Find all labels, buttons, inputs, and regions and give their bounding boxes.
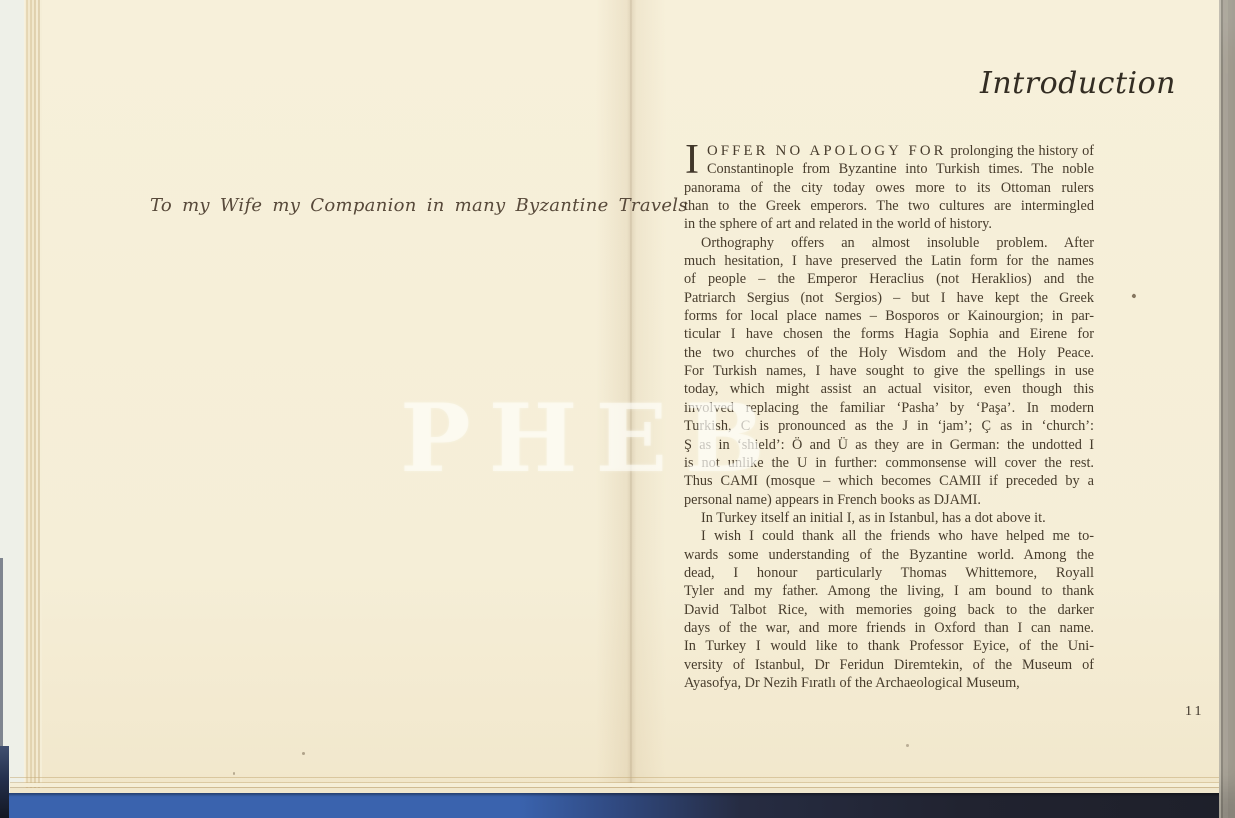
first-line-rest: prolonging the history of bbox=[951, 143, 1095, 159]
page-edge-right bbox=[1219, 0, 1235, 818]
body-text-column: I OFFER NO APOLOGY FOR prolonging the hi… bbox=[684, 142, 1094, 692]
text-line: forms for local place names – Bosporos o… bbox=[684, 307, 1094, 325]
text-line: days of the war, and more friends in Oxf… bbox=[684, 619, 1094, 637]
text-line: David Talbot Rice, with memories going b… bbox=[684, 601, 1094, 619]
text-line: Tyler and my father. Among the living, I… bbox=[684, 582, 1094, 600]
paper-speck bbox=[1131, 293, 1137, 299]
text-line: versity of Istanbul, Dr Feridun Diremtek… bbox=[684, 656, 1094, 674]
text-line: Turkish, C is pronounced as the J in ‘ja… bbox=[684, 417, 1094, 435]
text-line: involved replacing the familiar ‘Pasha’ … bbox=[684, 399, 1094, 417]
text-line: In Turkey itself an initial I, as in Ist… bbox=[684, 509, 1094, 527]
book-cover-corner-left bbox=[0, 746, 9, 818]
cover-edge-left bbox=[0, 558, 3, 750]
book-cover-bottom bbox=[0, 793, 1235, 818]
paragraph-3: In Turkey itself an initial I, as in Ist… bbox=[684, 509, 1094, 527]
text-line: Ayasofya, Dr Nezih Fıratlı of the Archae… bbox=[684, 674, 1094, 692]
paragraph-4: I wish I could thank all the friends who… bbox=[684, 527, 1094, 692]
drop-cap-initial: I bbox=[684, 142, 707, 177]
text-line: dead, I honour particularly Thomas Whitt… bbox=[684, 564, 1094, 582]
text-line: is not unlike the U in further: commonse… bbox=[684, 454, 1094, 472]
page-edge-bottom-stack bbox=[10, 768, 1219, 794]
text-line: today, which might assist an actual visi… bbox=[684, 380, 1094, 398]
text-line: I wish I could thank all the friends who… bbox=[684, 527, 1094, 545]
page-number: 11 bbox=[1185, 704, 1204, 720]
paragraph-1: Constantinople from Byzantine into Turki… bbox=[684, 160, 1094, 233]
paper-speck bbox=[906, 744, 909, 747]
text-line: much hesitation, I have preserved the La… bbox=[684, 252, 1094, 270]
text-line: Orthography offers an almost insoluble p… bbox=[684, 234, 1094, 252]
text-line: ticular I have chosen the forms Hagia So… bbox=[684, 325, 1094, 343]
text-line: Constantinople from Byzantine into Turki… bbox=[684, 160, 1094, 178]
paper-speck bbox=[302, 752, 305, 755]
text-line: than to the Greek emperors. The two cult… bbox=[684, 197, 1094, 215]
small-caps-opening: OFFER NO APOLOGY FOR bbox=[707, 143, 947, 159]
text-line: OFFER NO APOLOGY FOR prolonging the hist… bbox=[684, 142, 1094, 160]
text-line: Ş as in ‘shield’: Ö and Ü as they are in… bbox=[684, 436, 1094, 454]
text-line: wards some understanding of the Byzantin… bbox=[684, 546, 1094, 564]
text-line: Patriarch Sergius (not Sergios) – but I … bbox=[684, 289, 1094, 307]
text-line: personal name) appears in French books a… bbox=[684, 491, 1094, 509]
book-gutter bbox=[596, 0, 666, 818]
paragraph-2: Orthography offers an almost insoluble p… bbox=[684, 234, 1094, 509]
text-line: In Turkey I would like to thank Professo… bbox=[684, 637, 1094, 655]
text-line: Thus CAMI (mosque – which becomes CAMII … bbox=[684, 472, 1094, 490]
text-line: of people – the Emperor Heraclius (not H… bbox=[684, 270, 1094, 288]
text-line: in the sphere of art and related in the … bbox=[684, 215, 1094, 233]
chapter-heading: Introduction bbox=[980, 66, 1176, 101]
page-edge-left-stack bbox=[0, 0, 42, 818]
book-scan: To my Wife my Companion in many Byzantin… bbox=[0, 0, 1235, 818]
text-line: the two churches of the Holy Wisdom and … bbox=[684, 344, 1094, 362]
text-line: For Turkish names, I have sought to give… bbox=[684, 362, 1094, 380]
text-line: panorama of the city today owes more to … bbox=[684, 179, 1094, 197]
dedication-text: To my Wife my Companion in many Byzantin… bbox=[150, 195, 620, 216]
